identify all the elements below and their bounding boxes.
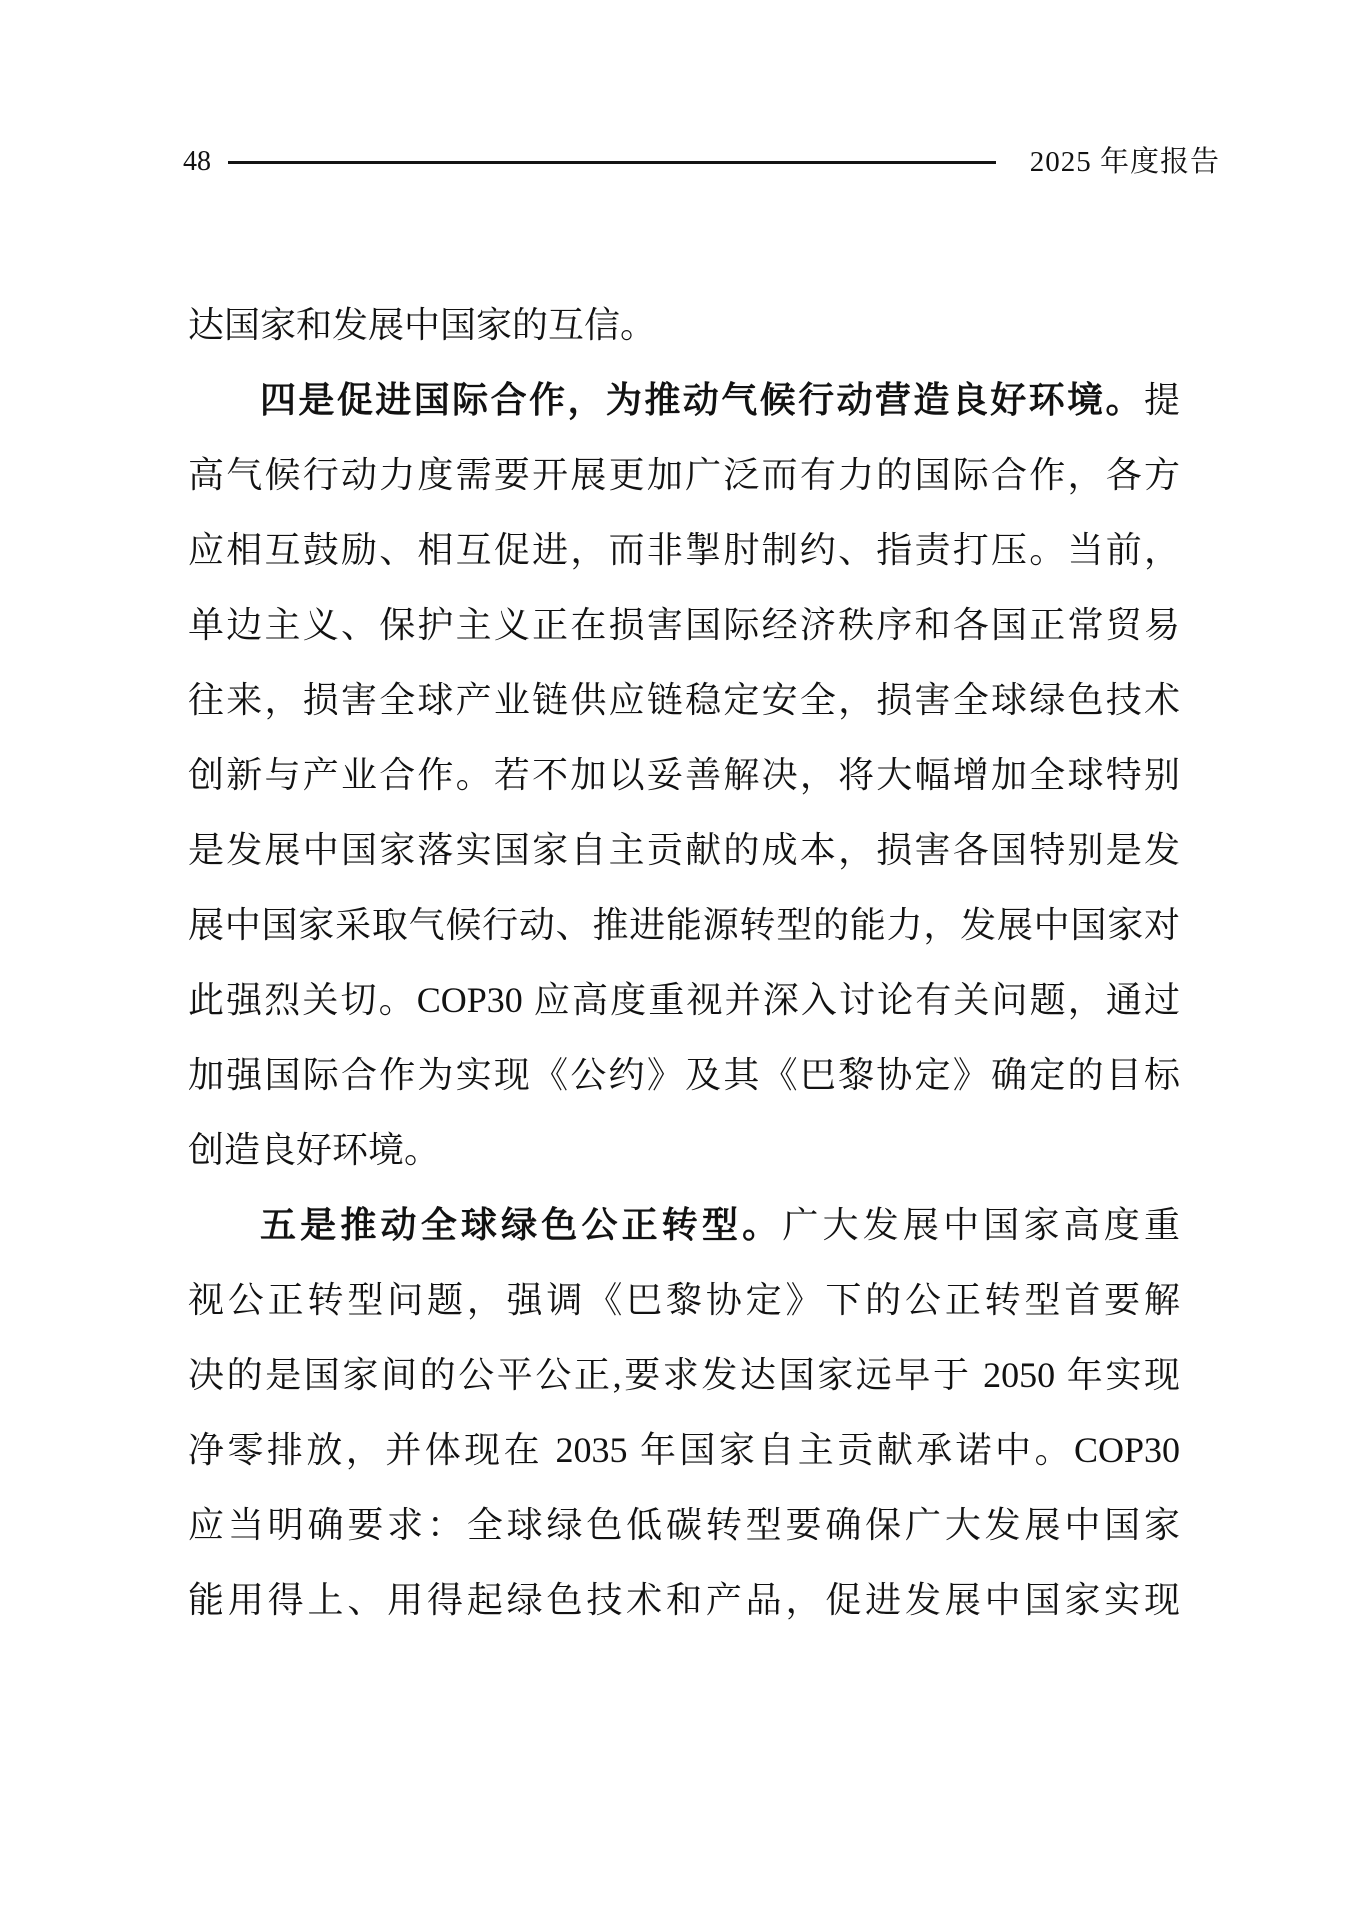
text-segment: 净零排放，并体现在 2035 年国家自主贡献承诺中。COP30 xyxy=(188,1430,1180,1470)
body-line: 视公正转型问题，强调《巴黎协定》下的公正转型首要解 xyxy=(188,1263,1180,1338)
text-segment: 达国家和发展中国家的互信。 xyxy=(188,305,656,345)
text-segment: 高气候行动力度需要开展更加广泛而有力的国际合作，各方 xyxy=(188,455,1180,495)
section-heading: 四是促进国际合作，为推动气候行动营造良好环境。 xyxy=(260,380,1144,420)
body-line: 达国家和发展中国家的互信。 xyxy=(188,288,1180,363)
text-segment: 能用得上、用得起绿色技术和产品，促进发展中国家实现 xyxy=(188,1580,1180,1620)
body-line: 决的是国家间的公平公正,要求发达国家远早于 2050 年实现 xyxy=(188,1338,1180,1413)
body-line: 应当明确要求：全球绿色低碳转型要确保广大发展中国家 xyxy=(188,1488,1180,1563)
header-rule xyxy=(228,161,996,164)
text-segment: 提 xyxy=(1144,380,1180,420)
text-segment: 广大发展中国家高度重 xyxy=(782,1205,1180,1245)
text-segment: 是发展中国家落实国家自主贡献的成本，损害各国特别是发 xyxy=(188,830,1180,870)
body-line: 净零排放，并体现在 2035 年国家自主贡献承诺中。COP30 xyxy=(188,1413,1180,1488)
body-line: 创造良好环境。 xyxy=(188,1113,1180,1188)
text-segment: 加强国际合作为实现《公约》及其《巴黎协定》确定的目标 xyxy=(188,1055,1180,1095)
text-segment: 应当明确要求：全球绿色低碳转型要确保广大发展中国家 xyxy=(188,1505,1180,1545)
report-title: 2025 年度报告 xyxy=(1030,142,1220,182)
text-segment: 往来，损害全球产业链供应链稳定安全，损害全球绿色技术 xyxy=(188,680,1180,720)
text-segment: 此强烈关切。COP30 应高度重视并深入讨论有关问题，通过 xyxy=(188,980,1180,1020)
page-number: 48 xyxy=(183,142,211,182)
document-body: 达国家和发展中国家的互信。四是促进国际合作，为推动气候行动营造良好环境。提高气候… xyxy=(188,288,1180,1638)
text-segment: 应相互鼓励、相互促进，而非掣肘制约、指责打压。当前， xyxy=(188,530,1180,570)
body-line: 往来，损害全球产业链供应链稳定安全，损害全球绿色技术 xyxy=(188,663,1180,738)
body-line: 应相互鼓励、相互促进，而非掣肘制约、指责打压。当前， xyxy=(188,513,1180,588)
body-line: 加强国际合作为实现《公约》及其《巴黎协定》确定的目标 xyxy=(188,1038,1180,1113)
body-line: 五是推动全球绿色公正转型。广大发展中国家高度重 xyxy=(188,1188,1180,1263)
text-segment: 单边主义、保护主义正在损害国际经济秩序和各国正常贸易 xyxy=(188,605,1180,645)
body-line: 能用得上、用得起绿色技术和产品，促进发展中国家实现 xyxy=(188,1563,1180,1638)
body-line: 是发展中国家落实国家自主贡献的成本，损害各国特别是发 xyxy=(188,813,1180,888)
body-line: 此强烈关切。COP30 应高度重视并深入讨论有关问题，通过 xyxy=(188,963,1180,1038)
body-line: 展中国家采取气候行动、推进能源转型的能力，发展中国家对 xyxy=(188,888,1180,963)
body-line: 高气候行动力度需要开展更加广泛而有力的国际合作，各方 xyxy=(188,438,1180,513)
text-segment: 创新与产业合作。若不加以妥善解决，将大幅增加全球特别 xyxy=(188,755,1180,795)
section-heading: 五是推动全球绿色公正转型。 xyxy=(260,1205,782,1245)
page-header: 48 2025 年度报告 xyxy=(183,142,1220,182)
text-segment: 展中国家采取气候行动、推进能源转型的能力，发展中国家对 xyxy=(188,905,1180,945)
body-line: 创新与产业合作。若不加以妥善解决，将大幅增加全球特别 xyxy=(188,738,1180,813)
document-page: 48 2025 年度报告 达国家和发展中国家的互信。四是促进国际合作，为推动气候… xyxy=(0,0,1359,1920)
text-segment: 决的是国家间的公平公正,要求发达国家远早于 2050 年实现 xyxy=(188,1355,1180,1395)
body-line: 四是促进国际合作，为推动气候行动营造良好环境。提 xyxy=(188,363,1180,438)
text-segment: 视公正转型问题，强调《巴黎协定》下的公正转型首要解 xyxy=(188,1280,1180,1320)
text-segment: 创造良好环境。 xyxy=(188,1130,440,1170)
body-line: 单边主义、保护主义正在损害国际经济秩序和各国正常贸易 xyxy=(188,588,1180,663)
